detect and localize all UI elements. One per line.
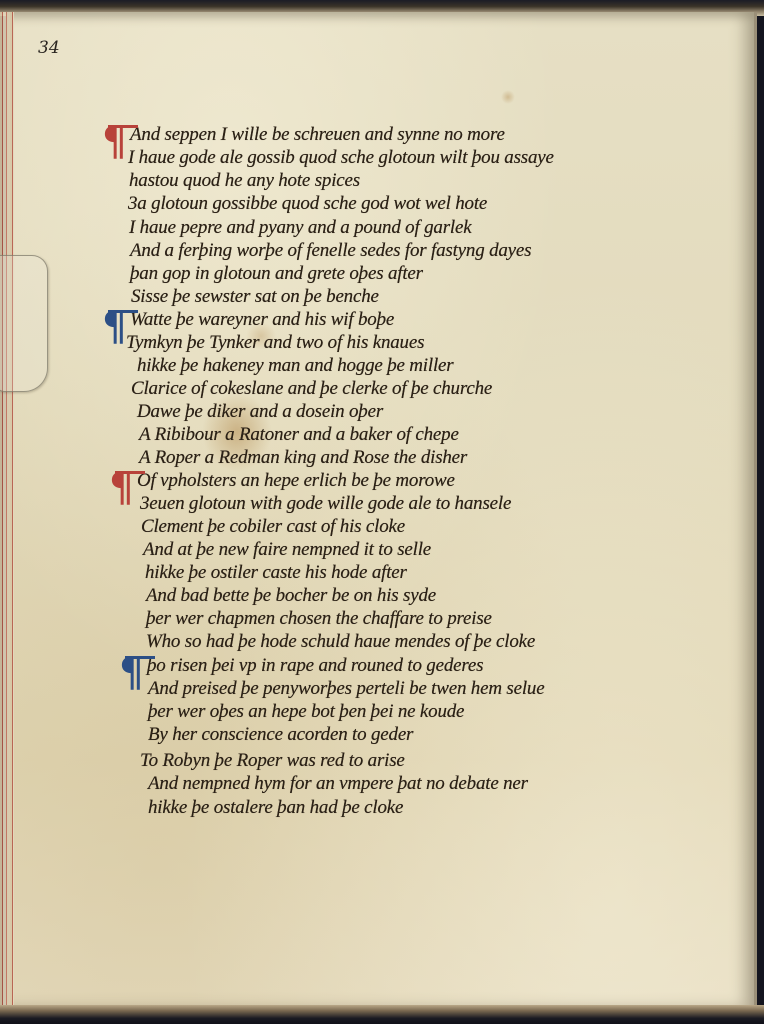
text-line: Watte þe wareyner and his wif boþe — [130, 309, 394, 331]
text-line: hastou quod he any hote spices — [129, 170, 360, 192]
text-line: Dawe þe diker and a dosein oþer — [137, 401, 383, 423]
text-line: hikke þe hakeney man and hogge þe miller — [137, 355, 453, 377]
text-line: hikke þe ostalere þan had þe cloke — [148, 797, 403, 819]
paraph-mark-blue: ¶ — [119, 653, 144, 693]
text-line: þo risen þei vp in rape and rouned to ge… — [147, 655, 483, 677]
text-line: Of vpholsters an hepe erlich be þe morow… — [137, 470, 455, 492]
text-line: To Robyn þe Roper was red to arise — [140, 750, 405, 772]
text-line: þan gop in glotoun and grete oþes after — [130, 263, 423, 285]
text-line: hikke þe ostiler caste his hode after — [145, 562, 407, 584]
text-line: A Roper a Redman king and Rose the dishe… — [139, 447, 467, 469]
text-line: I haue pepre and pyany and a pound of ga… — [129, 217, 471, 239]
page-clip — [0, 255, 48, 392]
text-line: Clement þe cobiler cast of his cloke — [141, 516, 405, 538]
text-line: And a ferþing worþe of fenelle sedes for… — [130, 240, 531, 262]
paraph-mark-blue: ¶ — [102, 307, 127, 347]
text-line: A Ribibour a Ratoner and a baker of chep… — [139, 424, 459, 446]
text-line: Who so had þe hode schuld haue mendes of… — [146, 631, 535, 653]
paraph-mark-red: ¶ — [102, 122, 127, 162]
binding-threads — [0, 12, 14, 1008]
text-line: And preised þe penyworþes perteli be twe… — [148, 678, 544, 700]
ink-spot — [501, 90, 515, 104]
text-line: I haue gode ale gossib quod sche glotoun… — [128, 147, 554, 169]
text-line: By her conscience acorden to geder — [148, 724, 413, 746]
folio-number: 34 — [38, 38, 60, 58]
text-line: 3a glotoun gossibbe quod sche god wot we… — [128, 193, 487, 215]
text-line: Clarice of cokeslane and þe clerke of þe… — [131, 378, 492, 400]
text-line: And nempned hym for an vmpere þat no deb… — [148, 773, 528, 795]
text-line: And at þe new faire nempned it to selle — [143, 539, 431, 561]
text-line: Sisse þe sewster sat on þe benche — [131, 286, 379, 308]
text-line: þer wer oþes an hepe bot þen þei ne koud… — [148, 701, 464, 723]
text-line: þer wer chapmen chosen the chaffare to p… — [146, 608, 492, 630]
text-line: 3euen glotoun with gode wille gode ale t… — [140, 493, 511, 515]
text-line: And seppen I wille be schreuen and synne… — [130, 124, 505, 146]
book-bottom-edge — [0, 1005, 764, 1024]
text-line: Tymkyn þe Tynker and two of his knaues — [126, 332, 424, 354]
paraph-mark-red: ¶ — [109, 468, 134, 508]
text-line: And bad bette þe bocher be on his syde — [146, 585, 436, 607]
